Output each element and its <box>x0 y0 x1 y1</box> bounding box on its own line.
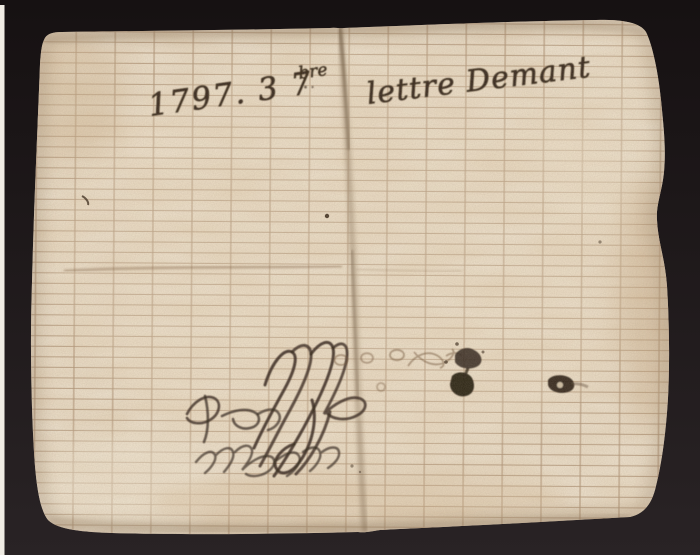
photo-canvas: 1797. 3 7 bre lettre Demant <box>0 0 700 555</box>
paper-grain <box>0 0 700 555</box>
photograph-of-old-paper-note: 1797. 3 7 bre lettre Demant <box>0 0 700 555</box>
scan-edge-strip <box>0 5 5 555</box>
paper-sheet: 1797. 3 7 bre lettre Demant <box>0 0 700 555</box>
